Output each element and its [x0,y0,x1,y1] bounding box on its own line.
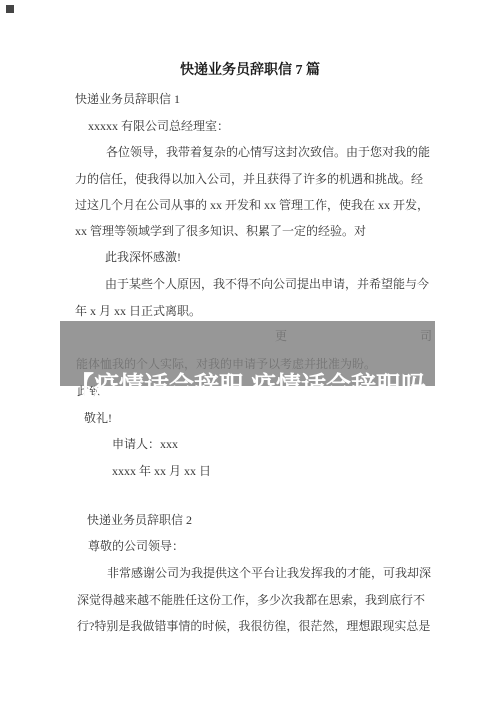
text-line: 快递业务员辞职信 1 [75,92,180,106]
text-line: xxxxx 有限公司总经理室： [88,119,229,133]
corner-mark [6,5,14,13]
text-line: 此我深怀感激! [105,250,181,264]
text-line: xx 管理等领域学到了很多知识、积累了一定的经验。对 [75,224,366,238]
text-line: 非常感谢公司为我提供这个平台让我发挥我的才能，可我却深 [107,566,431,580]
text-line: 行?特别是我做错事情的时候，我很彷徨，很茫然，理想跟现实总是 [77,619,430,633]
text-line: 深觉得越来越不能胜任这份工作，多少次我都在思索，我到底行不 [77,593,425,607]
watermark-line1: 【疫情适合辞职,疫情适合辞职吗 [58,373,437,400]
text-line: 由于某些个人原因，我不得不向公司提出申请，并希望能与今 [105,277,429,291]
page-title: 快递业务员辞职信 7 篇 [0,63,500,78]
document-page: 快递业务员辞职信 7 篇 快递业务员辞职信 1 xxxxx 有限公司总经理室： … [0,0,500,706]
text-line: 力的信任，使我得以加入公司，并且获得了许多的机遇和挑战。经 [75,172,423,186]
text-line: 年 x 月 xx 日正式离职。 [75,304,201,318]
text-line: 过这几个月在公司从事的 xx 开发和 xx 管理工作，使我在 xx 开发， [75,198,429,212]
watermark-line2: 】 [58,454,437,481]
watermark-overlay: 【疫情适合辞职,疫情适合辞职吗 】 [58,319,437,535]
text-line: 各位领导，我带着复杂的心情写这封次致信。由于您对我的能 [106,145,430,159]
text-line: 尊敬的公司领导： [88,539,184,553]
